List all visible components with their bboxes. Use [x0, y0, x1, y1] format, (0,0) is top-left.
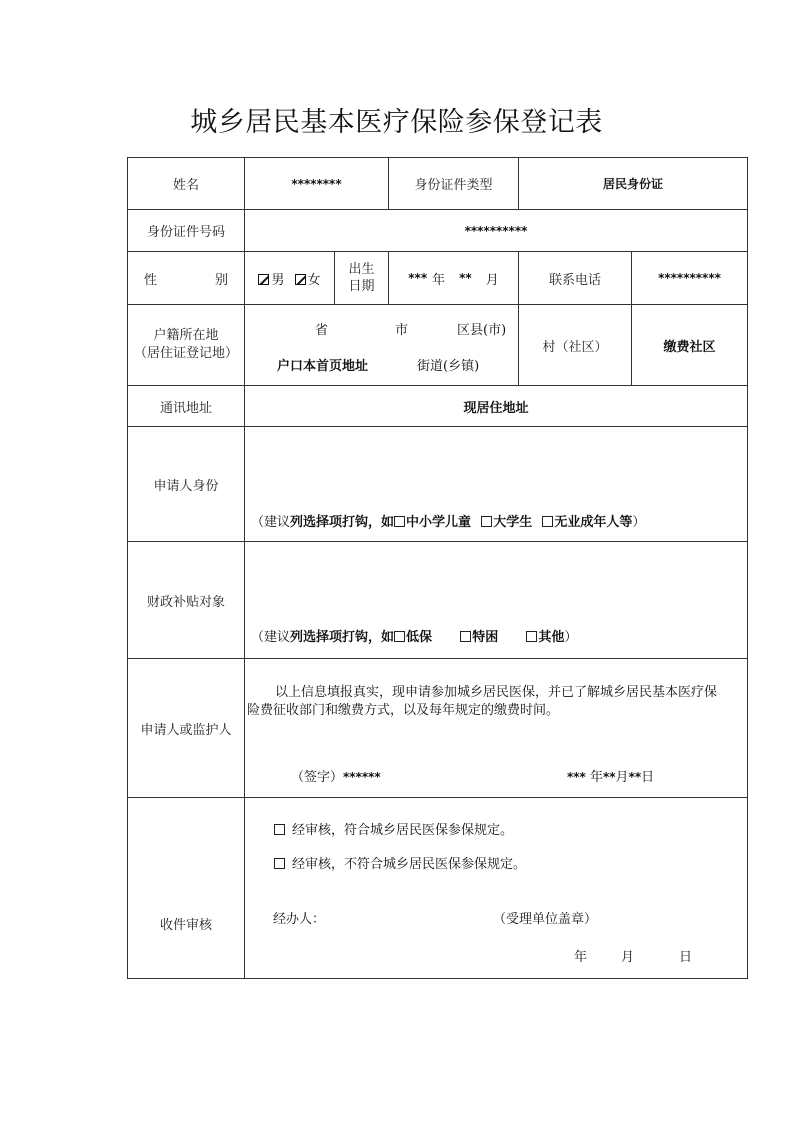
- id-number-label: 身份证件号码: [127, 209, 245, 252]
- hint-suffix: ）: [632, 515, 645, 530]
- hint-bold: 列选择项打钩，如: [290, 515, 394, 530]
- id-type-label: 身份证件类型: [388, 157, 519, 210]
- applicant-identity-field[interactable]: （建议列选择项打钩，如中小学儿童 大学生 无业成年人等）: [244, 426, 748, 542]
- option-checkbox-icon[interactable]: [394, 516, 405, 527]
- review-option-rejected[interactable]: 经审核，不符合城乡居民医保参保规定。: [274, 853, 526, 872]
- option-college-student: 大学生: [493, 515, 532, 530]
- female-checkbox-checked-icon[interactable]: [295, 274, 306, 285]
- review-label-text: 收件审核: [160, 914, 212, 933]
- option-checkbox-icon[interactable]: [542, 516, 553, 527]
- mailing-address-field[interactable]: 现居住地址: [244, 385, 748, 427]
- subsidy-label: 财政补贴对象: [127, 541, 245, 659]
- birth-date-field[interactable]: *** 年 ** 月: [388, 251, 519, 305]
- gender-female-option[interactable]: 女: [295, 269, 321, 288]
- female-label: 女: [308, 273, 321, 288]
- subsidy-field[interactable]: （建议列选择项打钩，如低保 特困 其他）: [244, 541, 748, 659]
- stamp-label: （受理单位盖章）: [493, 908, 597, 927]
- hint-prefix: （建议: [251, 630, 290, 645]
- gender-label-1: 性: [144, 269, 157, 288]
- option-other: 其他: [538, 630, 564, 645]
- village-label: 村（社区）: [518, 304, 632, 386]
- option-checkbox-icon[interactable]: [460, 631, 471, 642]
- rejected-label: 经审核，不符合城乡居民医保参保规定。: [292, 857, 526, 872]
- household-label: 户籍所在地 （居住证登记地）: [127, 304, 245, 386]
- review-label: 收件审核: [127, 797, 245, 979]
- id-type-field[interactable]: 居民身份证: [518, 157, 748, 210]
- birth-label-line2: 日期: [348, 278, 374, 295]
- male-checkbox-checked-icon[interactable]: [258, 274, 269, 285]
- village-field[interactable]: 缴费社区: [631, 304, 748, 386]
- form-title: 城乡居民基本医疗保险参保登记表: [0, 100, 793, 139]
- mailing-address-label: 通讯地址: [127, 385, 245, 427]
- birth-date-label: 出生 日期: [334, 251, 389, 305]
- hint-prefix: （建议: [251, 515, 290, 530]
- gender-male-option[interactable]: 男: [258, 269, 284, 288]
- declaration-field[interactable]: 以上信息填报真实，现申请参加城乡居民医保，并已了解城乡居民基本医疗保 险费征收部…: [244, 658, 748, 798]
- declaration-text-line1: 以上信息填报真实，现申请参加城乡居民医保，并已了解城乡居民基本医疗保: [275, 681, 717, 700]
- phone-field[interactable]: **********: [631, 251, 748, 305]
- signature-line: （签字）******: [291, 766, 381, 785]
- rejected-checkbox-icon[interactable]: [274, 858, 285, 869]
- province-label: 省: [315, 319, 328, 338]
- option-checkbox-icon[interactable]: [394, 631, 405, 642]
- approved-label: 经审核，符合城乡居民医保参保规定。: [292, 823, 513, 838]
- city-label: 市: [395, 319, 408, 338]
- option-student-k12: 中小学儿童: [406, 515, 471, 530]
- handler-label: 经办人：: [273, 908, 325, 927]
- date-day-unit: 日: [641, 770, 654, 785]
- declaration-date[interactable]: *** 年**月**日: [567, 766, 654, 785]
- district-label: 区县(市): [457, 319, 506, 338]
- review-month-label: 月: [621, 946, 634, 965]
- birth-year-value: ***: [408, 271, 427, 285]
- hint-suffix: ）: [564, 630, 577, 645]
- declaration-text-line2: 险费征收部门和缴费方式，以及每年规定的缴费时间。: [247, 699, 559, 718]
- street-label: 街道(乡镇): [417, 355, 479, 374]
- gender-label-2: 别: [215, 269, 228, 288]
- id-number-field[interactable]: **********: [244, 209, 748, 252]
- gender-label: 性 别: [127, 251, 245, 305]
- signature-label: （签字）: [291, 770, 343, 785]
- applicant-guardian-label: 申请人或监护人: [127, 658, 245, 798]
- birth-month-value: **: [459, 271, 472, 285]
- phone-label: 联系电话: [518, 251, 632, 305]
- review-year-label: 年: [574, 946, 587, 965]
- option-unemployed-adult: 无业成年人等: [554, 515, 632, 530]
- subsidy-hint: （建议列选择项打钩，如低保 特困 其他）: [251, 626, 577, 645]
- month-unit: 月: [486, 269, 499, 288]
- household-address-value: 户口本首页地址: [277, 355, 368, 374]
- household-address-field[interactable]: 省 市 区县(市) 户口本首页地址 街道(乡镇): [244, 304, 519, 386]
- review-option-approved[interactable]: 经审核，符合城乡居民医保参保规定。: [274, 819, 513, 838]
- name-field[interactable]: ********: [244, 157, 389, 210]
- option-checkbox-icon[interactable]: [481, 516, 492, 527]
- date-year-unit: 年: [590, 770, 603, 785]
- date-month-unit: 月: [616, 770, 629, 785]
- birth-label-line1: 出生: [348, 261, 374, 278]
- applicant-identity-label: 申请人身份: [127, 426, 245, 542]
- year-unit: 年: [432, 269, 445, 288]
- household-label-line2: （居住证登记地）: [134, 345, 238, 363]
- signature-value[interactable]: ******: [343, 770, 381, 784]
- review-day-label: 日: [679, 946, 692, 965]
- hint-bold: 列选择项打钩，如: [290, 630, 394, 645]
- registration-form: 姓名 ******** 身份证件类型 居民身份证 身份证件号码 ********…: [127, 157, 748, 979]
- date-day-value: **: [629, 770, 642, 784]
- date-year-value: ***: [567, 770, 586, 784]
- review-field: 经审核，符合城乡居民医保参保规定。 经审核，不符合城乡居民医保参保规定。 经办人…: [244, 797, 748, 979]
- gender-options: 男 女: [244, 251, 335, 305]
- option-extreme-poverty: 特困: [472, 630, 498, 645]
- approved-checkbox-icon[interactable]: [274, 824, 285, 835]
- option-low-income: 低保: [406, 630, 432, 645]
- household-label-line1: 户籍所在地: [153, 327, 218, 345]
- name-label: 姓名: [127, 157, 245, 210]
- applicant-identity-hint: （建议列选择项打钩，如中小学儿童 大学生 无业成年人等）: [251, 511, 645, 530]
- option-checkbox-icon[interactable]: [526, 631, 537, 642]
- date-month-value: **: [603, 770, 616, 784]
- male-label: 男: [271, 273, 284, 288]
